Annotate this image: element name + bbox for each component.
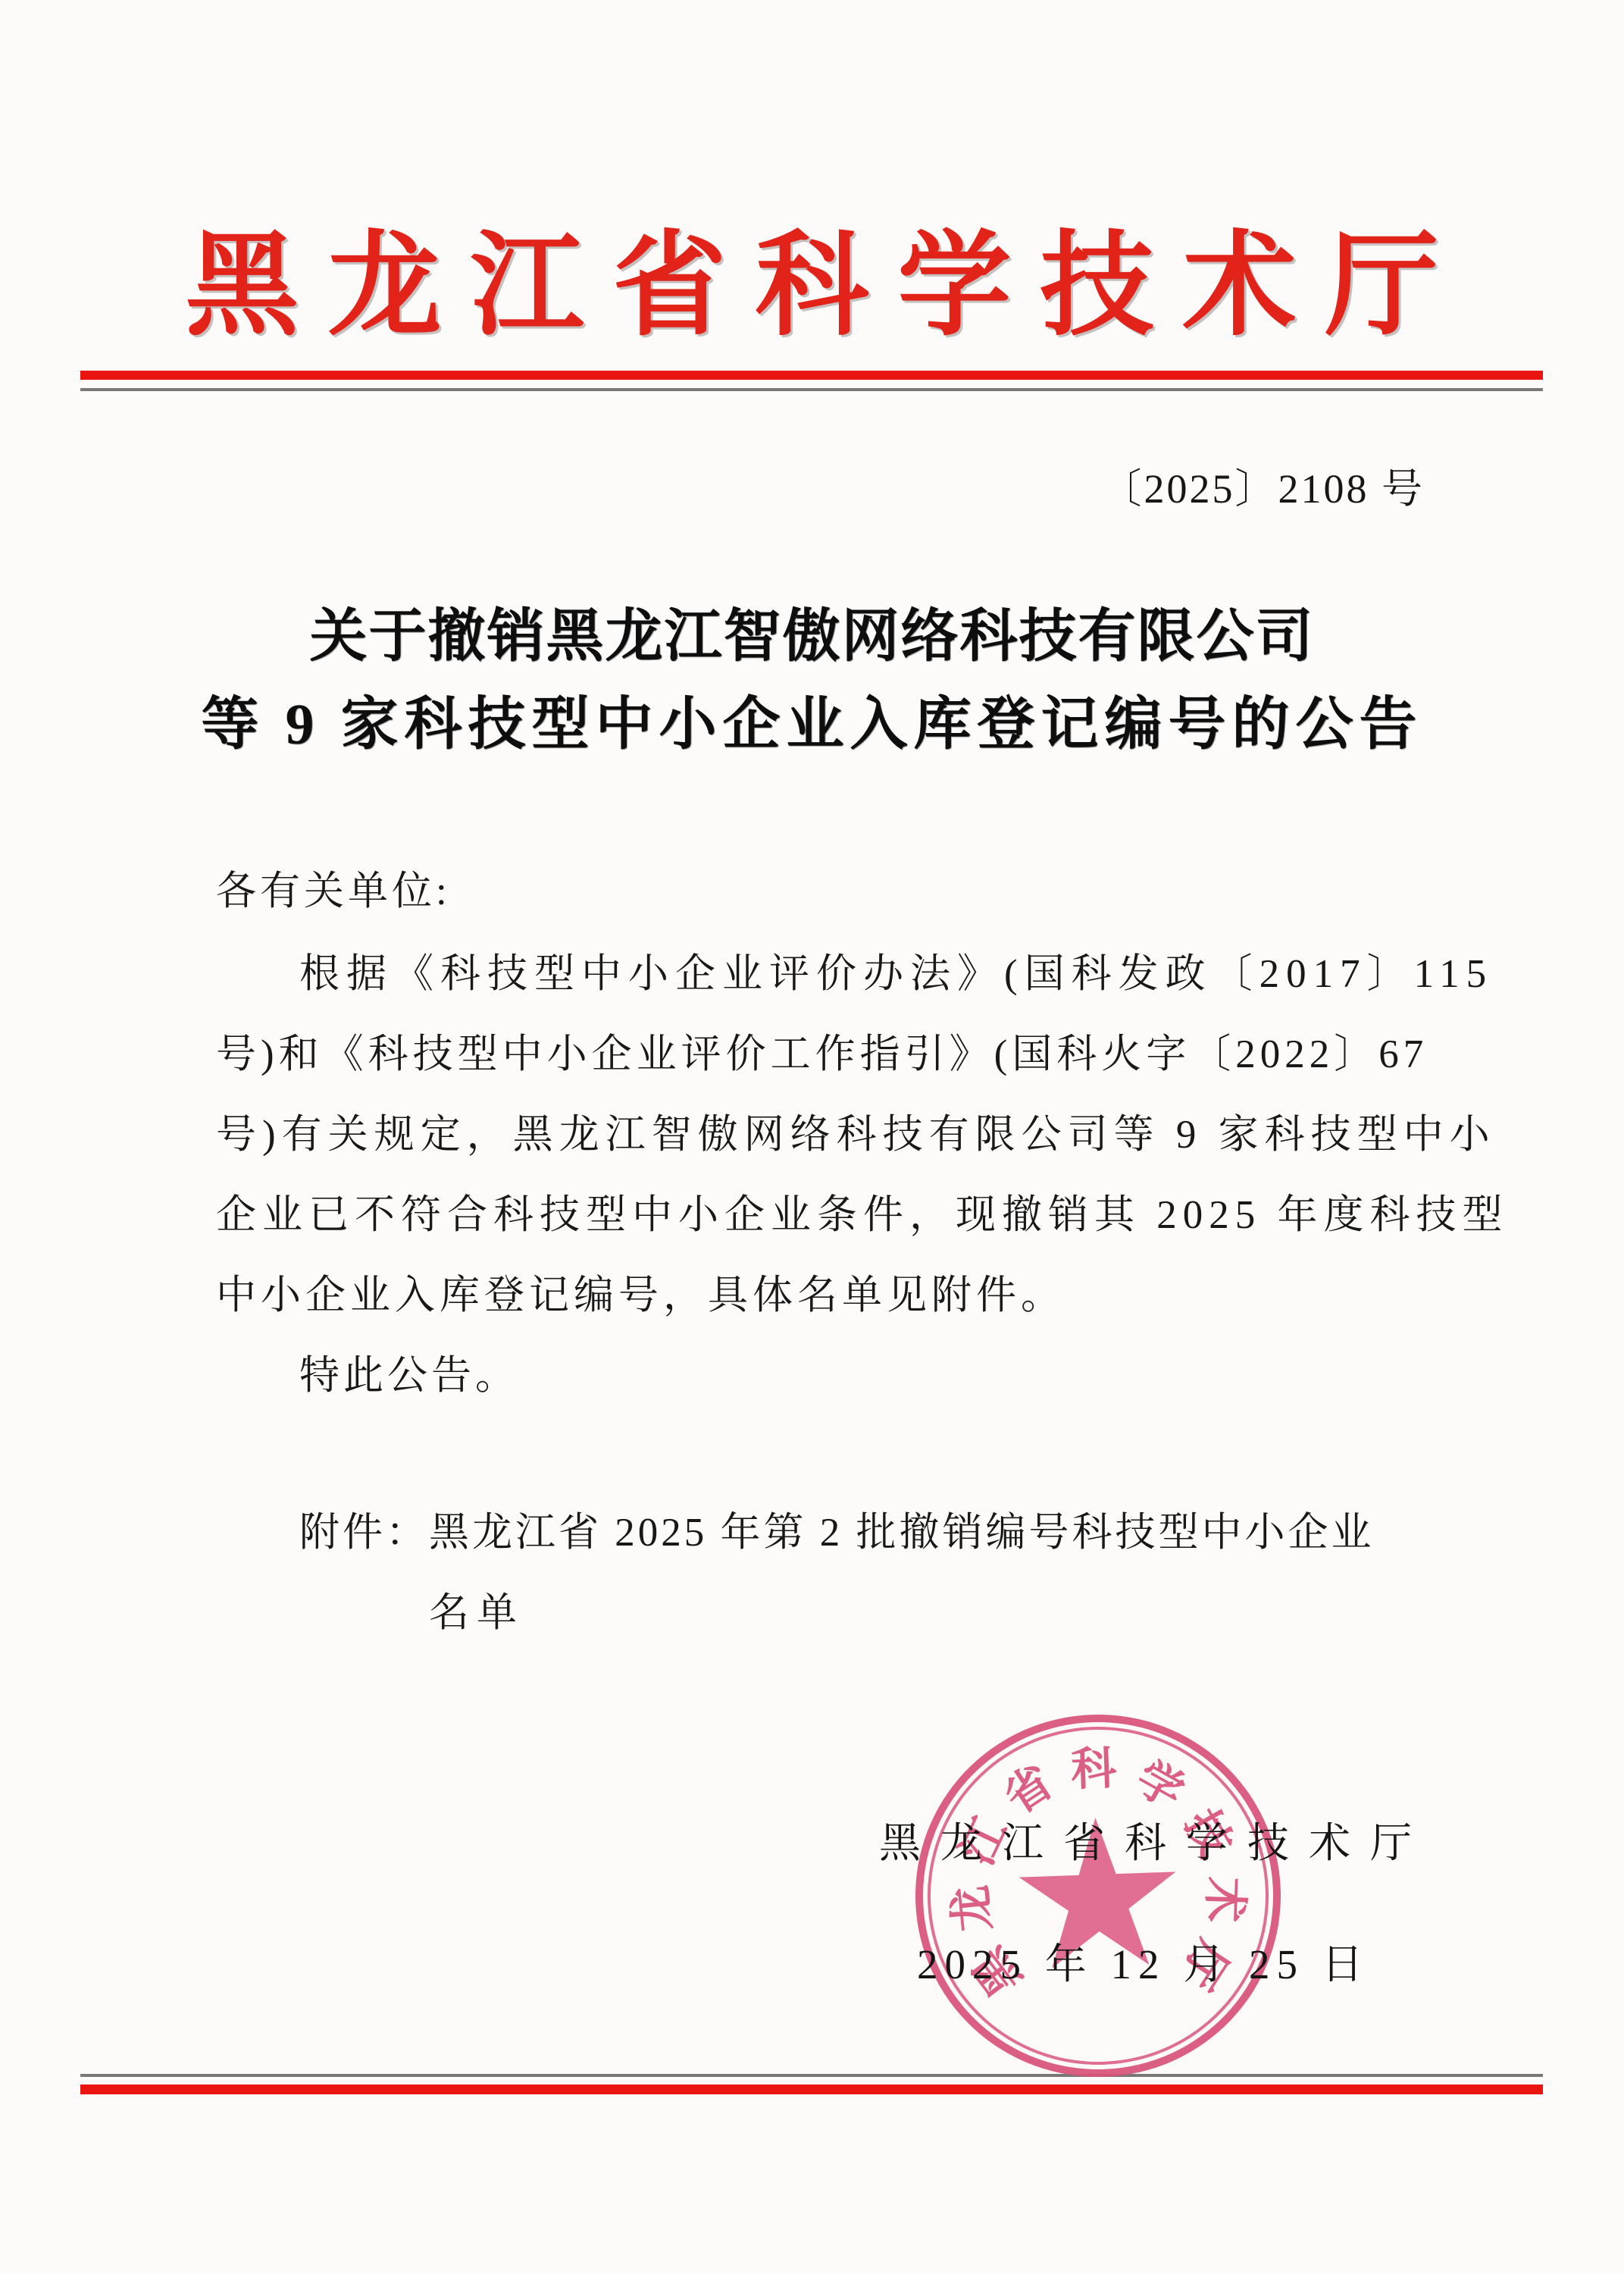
footer-gray-rule: [80, 2074, 1543, 2077]
salutation: 各有关单位:: [216, 864, 451, 919]
attachment-title-continued: 名单: [429, 1586, 524, 1640]
official-seal: 黑龙江省科学技术厅 ★: [909, 1709, 1287, 2084]
doc-title-line1: 关于撤销黑龙江智傲网络科技有限公司: [0, 599, 1624, 675]
doc-title-line2: 等 9 家科技型中小企业入库登记编号的公告: [0, 687, 1624, 763]
body-line: 号)有关规定，黑龙江智傲网络科技有限公司等 9 家科技型中小: [216, 1107, 1496, 1162]
signature-date: 2025 年 12 月 25 日: [917, 1937, 1370, 1992]
attachment-line: 附件：黑龙江省 2025 年第 2 批撤销编号科技型中小企业: [299, 1505, 1375, 1560]
signature-agency: 黑龙江省科学技术厅: [879, 1816, 1432, 1871]
letterhead-red-rule: [80, 371, 1543, 380]
body-line: 根据《科技型中小企业评价办法》(国科发政〔2017〕115: [299, 947, 1493, 1001]
seal-ring-char: 龙: [934, 1883, 1003, 1934]
official-document-page: 黑龙江省科学技术厅 〔2025〕2108 号 关于撤销黑龙江智傲网络科技有限公司…: [0, 0, 1624, 2274]
doc-reference-number: 〔2025〕2108 号: [1101, 456, 1425, 515]
footer-red-rule: [80, 2084, 1543, 2094]
attachment-label: 附件：: [299, 1511, 429, 1555]
body-line: 企业已不符合科技型中小企业条件，现撤销其 2025 年度科技型: [216, 1188, 1509, 1242]
seal-ring-char: 术: [1195, 1876, 1262, 1924]
attachment-title: 黑龙江省 2025 年第 2 批撤销编号科技型中小企业: [429, 1511, 1375, 1555]
body-line: 中小企业入库登记编号，具体名单见附件。: [216, 1268, 1065, 1323]
body-line: 号)和《科技型中小企业评价工作指引》(国科火字〔2022〕67: [216, 1027, 1428, 1082]
letterhead-gray-rule: [80, 388, 1543, 391]
closing-line: 特此公告。: [299, 1348, 519, 1403]
letterhead-agency-title: 黑龙江省科学技术厅: [0, 226, 1624, 347]
